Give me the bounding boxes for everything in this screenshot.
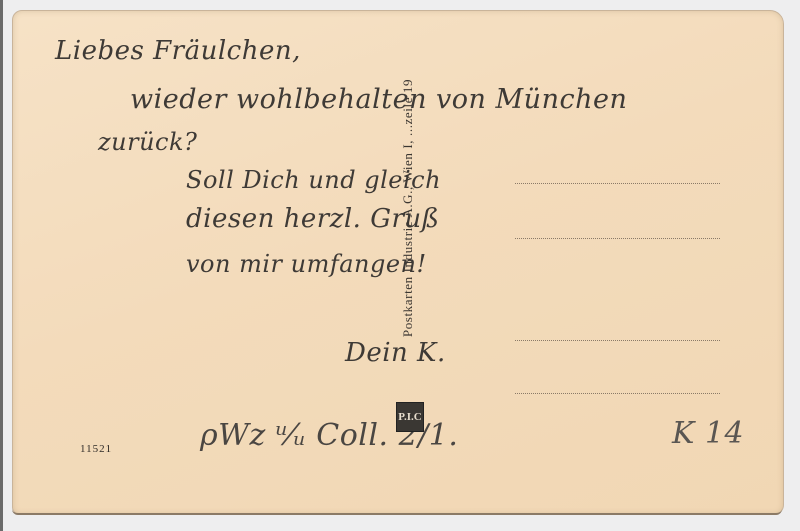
address-line-1 [515,183,720,184]
publisher-logo-icon: P.I.C [396,402,424,432]
address-line-4 [515,393,720,394]
deckled-edge [12,508,782,515]
handwriting-line-6: von mir umfangen! [186,250,427,278]
handwriting-corner-note: K 14 [672,416,744,451]
handwriting-line-2: wieder wohlbehalten von München [130,84,627,115]
serial-number: 11521 [80,443,112,455]
publisher-imprint: Postkarten Industrie A.G., Wien I, ...ze… [396,30,420,385]
publisher-imprint-text: Postkarten Industrie A.G., Wien I, ...ze… [400,78,416,336]
handwriting-salutation: Liebes Fräulchen, [55,36,301,66]
scan-edge-strip [0,0,3,531]
address-line-2 [515,238,720,239]
address-line-3 [515,340,720,341]
handwriting-line-3: zurück? [98,128,197,156]
